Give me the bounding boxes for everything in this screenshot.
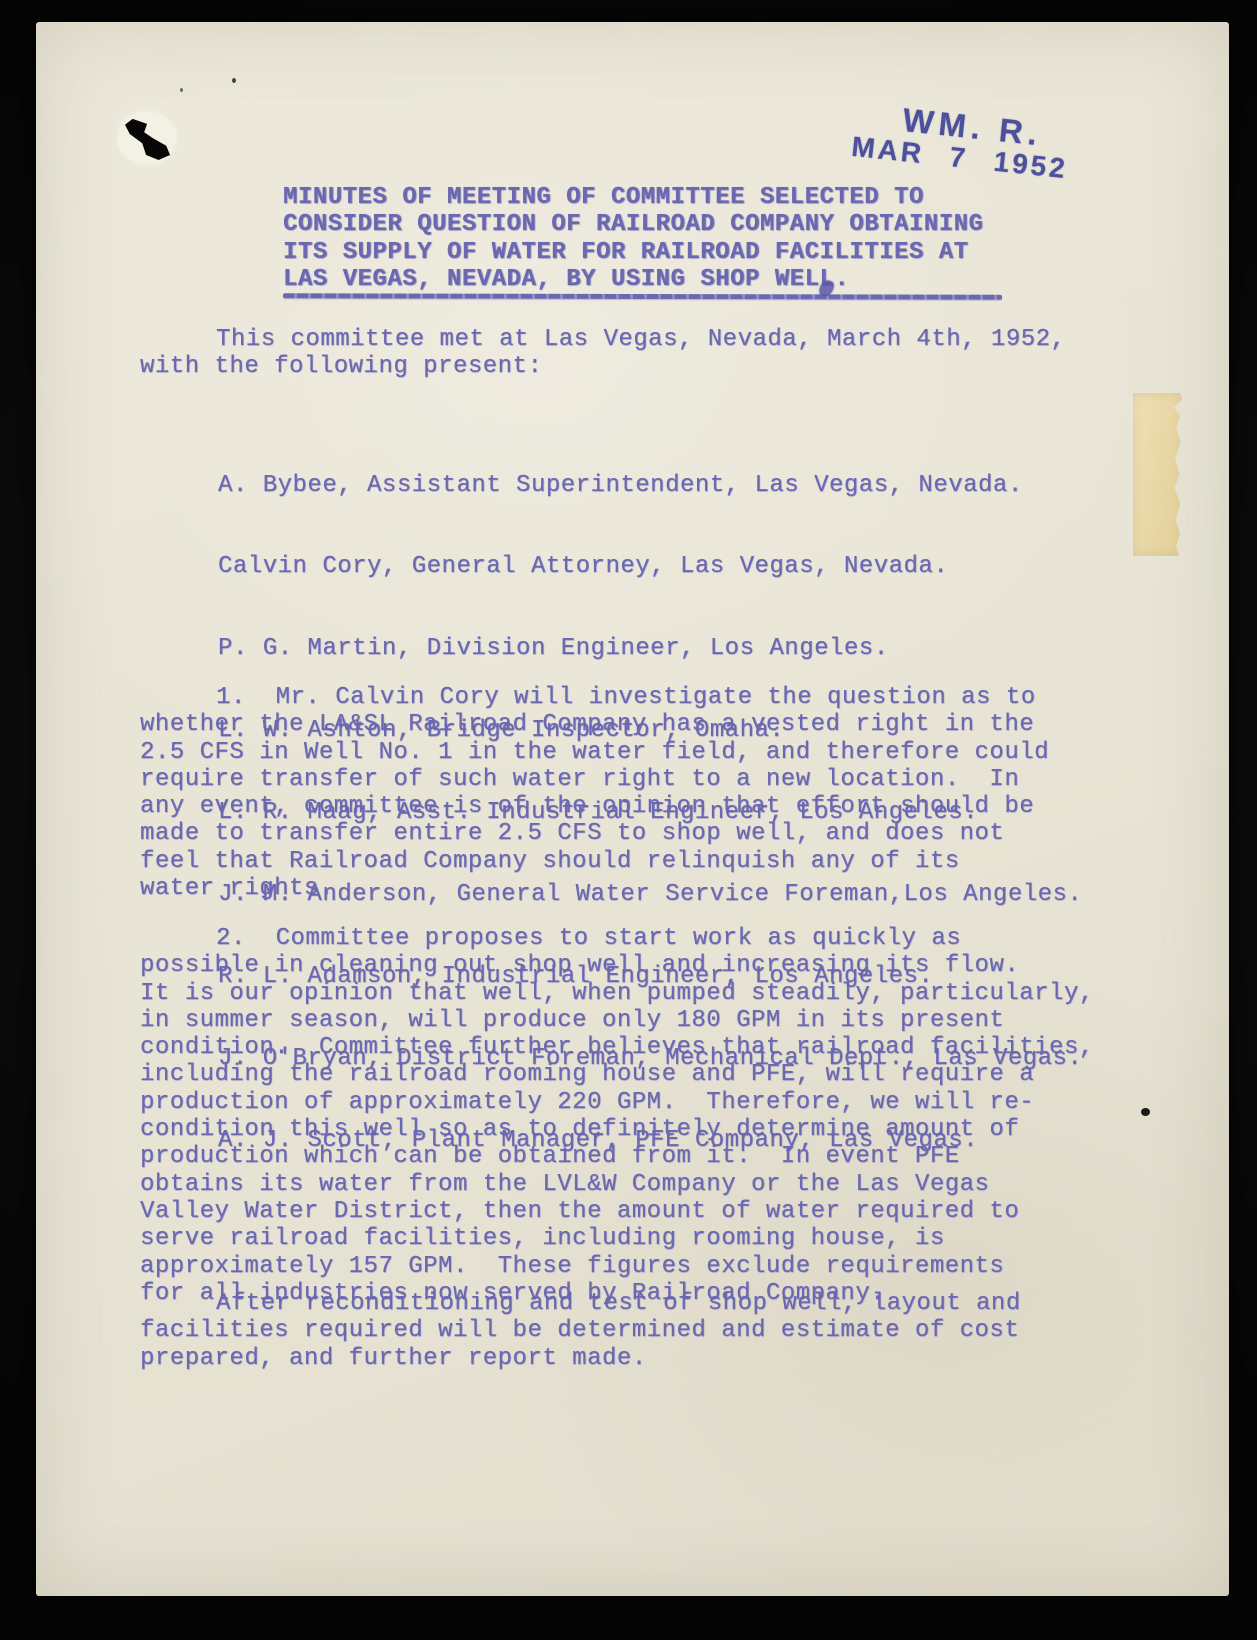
paragraph-item-1: 1. Mr. Calvin Cory will investigate the …	[140, 684, 1049, 902]
document-title: MINUTES OF MEETING OF COMMITTEE SELECTED…	[283, 184, 983, 293]
title-underline	[283, 293, 1002, 300]
ink-speck	[232, 78, 236, 83]
intro-paragraph: This committee met at Las Vegas, Nevada,…	[140, 326, 1065, 381]
document-paper: WM. R. MAR 7 1952 MINUTES OF MEETING OF …	[36, 22, 1229, 1596]
paragraph-item-2: 2. Committee proposes to start work as q…	[140, 925, 1094, 1307]
photo-background: { "document": { "stamp": { "line1": "WM.…	[0, 0, 1257, 1640]
ink-speck	[180, 88, 183, 92]
attendee-line: Calvin Cory, General Attorney, Las Vegas…	[218, 553, 1082, 580]
attendee-line: A. Bybee, Assistant Superintendent, Las …	[218, 472, 1082, 499]
attendee-line: P. G. Martin, Division Engineer, Los Ang…	[218, 635, 1082, 662]
ink-speck	[1141, 1108, 1150, 1116]
closing-paragraph: After reconditioning and test of shop we…	[140, 1290, 1021, 1372]
tape-fragment	[1133, 393, 1182, 556]
date-stamp: WM. R. MAR 7 1952	[850, 96, 1073, 185]
